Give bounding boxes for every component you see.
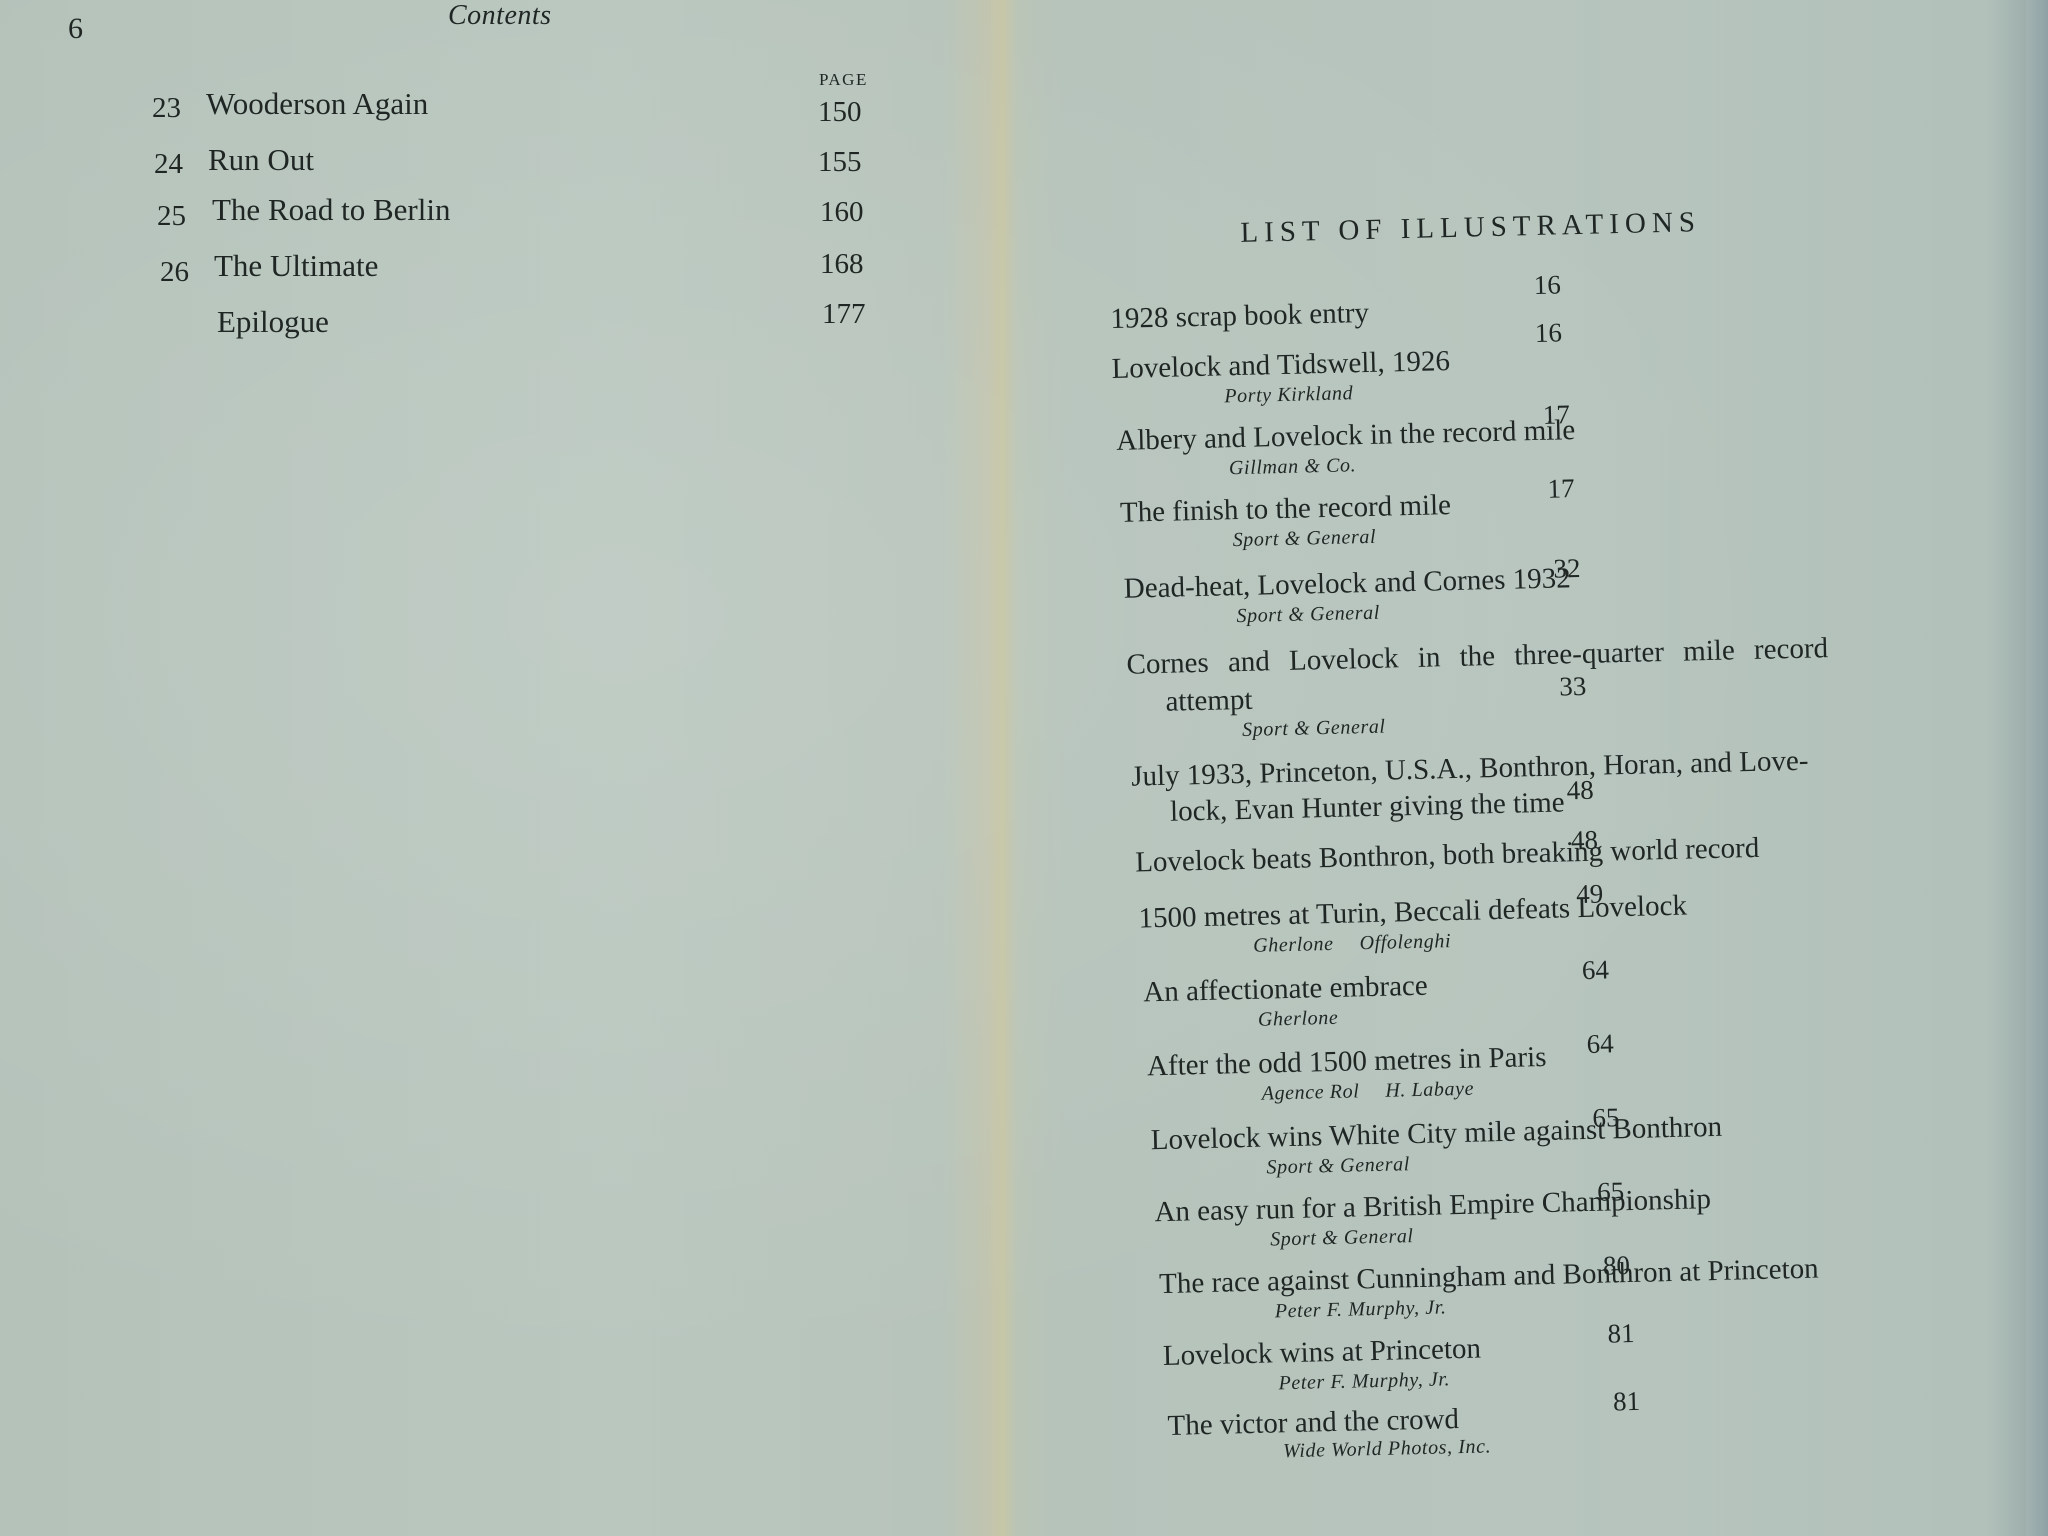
illustration-entry: The race against Cunningham and Bonthron… [1033, 1244, 2048, 1268]
illustration-page: 17 [1547, 473, 1575, 505]
toc-entry: 26 The Ultimate 168 [0, 250, 1000, 290]
illustration-entry: After the odd 1500 metres in Paris Agenc… [1028, 1026, 2044, 1050]
illustration-entry: Lovelock wins at Princeton Peter F. Murp… [1034, 1316, 2048, 1340]
toc-entry: 24 Run Out 155 [0, 142, 1000, 182]
chapter-title: The Road to Berlin [212, 192, 450, 228]
illustration-credit: Peter F. Murphy, Jr. [1278, 1368, 1450, 1395]
illustration-page: 80 [1603, 1250, 1631, 1282]
running-head: Contents [448, 0, 552, 32]
illustration-entry: Cornes and Lovelock in the three-quarter… [1018, 624, 2034, 648]
illustration-entry: 1928 scrap book entry 16 [1010, 278, 2026, 302]
chapter-page: 155 [818, 146, 862, 179]
illustration-page: 16 [1535, 317, 1563, 349]
illustration-caption: The race against Cunningham and Bonthron… [1159, 1250, 1819, 1304]
illustration-page: 48 [1571, 825, 1599, 857]
illustration-caption: 1500 metres at Turin, Beccali defeats Lo… [1138, 887, 1687, 938]
illustration-credit: Sport & General [1266, 1153, 1410, 1179]
chapter-title: Wooderson Again [206, 86, 428, 122]
chapter-page: 168 [820, 248, 864, 281]
illustration-page: 65 [1592, 1102, 1620, 1134]
illustration-page: 48 [1566, 775, 1594, 807]
illustration-page: 16 [1533, 269, 1561, 301]
toc-entry: Epilogue 177 [0, 304, 1000, 344]
toc-entry: 23 Wooderson Again 150 [0, 86, 1000, 126]
illustration-page: 33 [1559, 671, 1587, 703]
illustration-entry: 1500 metres at Turin, Beccali defeats Lo… [1024, 878, 2040, 902]
chapter-title: Epilogue [217, 304, 329, 340]
illustration-credit: Sport & General [1270, 1225, 1414, 1251]
illustration-page: 49 [1576, 879, 1604, 911]
illustration-credit: Sport & General [1232, 526, 1376, 552]
illustration-entry: Albery and Lovelock in the record mile G… [1013, 400, 2029, 424]
illustration-page: 65 [1597, 1176, 1625, 1208]
illustration-credit: Sport & General [1236, 602, 1380, 628]
illustration-entry: An easy run for a British Empire Champio… [1031, 1172, 2047, 1196]
illustration-credit: Gillman & Co. [1229, 454, 1357, 480]
illustration-page: 81 [1607, 1318, 1635, 1350]
illustration-credit: GherloneOffolenghi [1253, 930, 1451, 958]
chapter-page: 150 [818, 96, 862, 129]
illustration-credit: Gherlone [1258, 1007, 1339, 1032]
illustration-caption: 1928 scrap book entry [1110, 294, 1369, 338]
illustration-caption-continued: lock, Evan Hunter giving the time [1170, 783, 1565, 830]
illustration-page: 81 [1613, 1386, 1641, 1418]
chapter-number: 24 [154, 148, 183, 181]
chapter-number: 23 [152, 92, 181, 125]
illustration-caption: An easy run for a British Empire Champio… [1154, 1180, 1711, 1231]
illustration-caption: An affectionate embrace [1143, 967, 1428, 1012]
illustration-credit: Wide World Photos, Inc. [1283, 1435, 1492, 1463]
illustration-caption: After the odd 1500 metres in Paris [1147, 1038, 1547, 1085]
illustration-page: 32 [1553, 553, 1581, 585]
illustration-caption: Lovelock and Tidswell, 1926 [1111, 342, 1450, 388]
illustration-entry: Lovelock wins White City mile against Bo… [1029, 1100, 2045, 1124]
chapter-title: Run Out [208, 142, 314, 178]
illustration-credit: Sport & General [1242, 716, 1386, 742]
illustration-page: 17 [1542, 399, 1570, 431]
chapter-title: The Ultimate [214, 248, 378, 284]
illustration-entry: The victor and the crowd Wide World Phot… [1036, 1386, 2048, 1410]
right-page-illustrations: LIST OF ILLUSTRATIONS 1928 scrap book en… [1010, 0, 2026, 1536]
illustration-caption: Cornes and Lovelock in the three-quarter… [1126, 629, 1828, 684]
illustration-caption-continued: attempt [1165, 681, 1253, 721]
illustration-credit: Agence RolH. Labaye [1261, 1078, 1474, 1106]
illustration-page: 64 [1582, 954, 1610, 986]
illustration-caption: Lovelock beats Bonthron, both breaking w… [1135, 829, 1760, 882]
illustration-entry: July 1933, Princeton, U.S.A., Bonthron, … [1021, 736, 2037, 760]
illustration-caption: Albery and Lovelock in the record mile [1116, 411, 1576, 460]
toc-entry: 25 The Road to Berlin 160 [0, 194, 1000, 234]
page-number: 6 [68, 12, 83, 46]
chapter-number: 26 [160, 256, 189, 289]
chapter-number: 25 [157, 200, 186, 233]
book-spread: 6 Contents PAGE 23 Wooderson Again 150 2… [0, 0, 2048, 1536]
illustration-credit: Porty Kirkland [1224, 382, 1353, 408]
chapter-page: 177 [822, 298, 866, 331]
illustration-entry: Dead-heat, Lovelock and Cornes 1932 Spor… [1016, 548, 2032, 572]
illustration-caption: Dead-heat, Lovelock and Cornes 1932 [1123, 559, 1571, 608]
illustration-caption: Lovelock wins White City mile against Bo… [1150, 1108, 1722, 1159]
illustration-caption: The finish to the record mile [1120, 486, 1452, 532]
list-heading: LIST OF ILLUSTRATIONS [1240, 206, 1701, 250]
illustration-page: 64 [1586, 1028, 1614, 1060]
illustration-entry: The finish to the record mile Sport & Ge… [1015, 472, 2031, 496]
left-page-contents: 6 Contents PAGE 23 Wooderson Again 150 2… [0, 0, 1000, 1536]
chapter-page: 160 [820, 196, 864, 229]
illustration-credit: Peter F. Murphy, Jr. [1275, 1296, 1447, 1323]
illustration-entry: An affectionate embrace Gherlone 64 [1026, 952, 2042, 976]
